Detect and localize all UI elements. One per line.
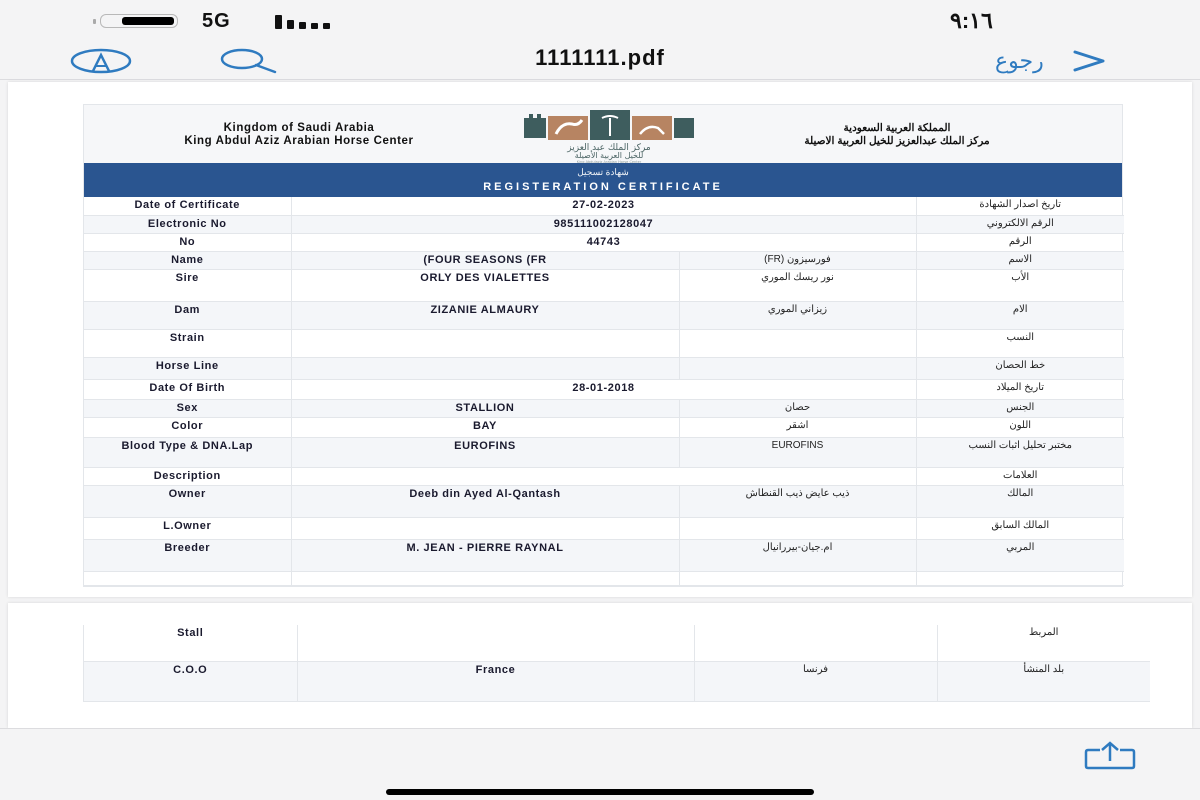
table-row: Blood Type & DNA.LapEUROFINSEUROFINSمختب… (84, 437, 1124, 467)
field-value: 985111002128047 (291, 215, 916, 233)
certificate-page2: StallالمربطC.O.OFranceفرنسابلد المنشأ (83, 625, 1149, 702)
field-label-arabic: الرقم الالكتروني (916, 215, 1124, 233)
certificate-table-2: StallالمربطC.O.OFranceفرنسابلد المنشأ (84, 625, 1150, 702)
field-label (84, 571, 291, 585)
field-label-arabic: تاريخ الميلاد (916, 379, 1124, 399)
field-value-arabic: نور ريسك الموري (679, 269, 916, 301)
field-value-arabic: ذيب عايض ذيب القنطاش (679, 485, 916, 517)
field-value: ORLY DES VIALETTES (291, 269, 679, 301)
table-row: No44743الرقم (84, 233, 1124, 251)
certificate-table: Date of Certificate27-02-2023تاريخ اصدار… (84, 197, 1124, 586)
pdf-page-1: Kingdom of Saudi Arabia King Abdul Aziz … (8, 82, 1192, 597)
header-ar-line2: مركز الملك عبدالعزيز للخيل العربية الاصي… (747, 135, 1047, 148)
field-label: Date of Certificate (84, 197, 291, 215)
field-value: France (297, 661, 694, 701)
field-value (291, 329, 679, 357)
field-value: STALLION (291, 399, 679, 417)
pdf-page-2: StallالمربطC.O.OFranceفرنسابلد المنشأ (8, 603, 1192, 728)
field-value-arabic (679, 517, 916, 539)
registration-certificate: Kingdom of Saudi Arabia King Abdul Aziz … (83, 104, 1123, 587)
field-label-arabic: الجنس (916, 399, 1124, 417)
bottom-toolbar (0, 728, 1200, 800)
field-label-arabic: تاريخ اصدار الشهادة (916, 197, 1124, 215)
field-value-arabic (679, 329, 916, 357)
field-value: M. JEAN - PIERRE RAYNAL (291, 539, 679, 571)
back-button[interactable]: رجوع (995, 46, 1106, 76)
field-value (291, 517, 679, 539)
field-label-arabic: المربي (916, 539, 1124, 571)
field-value: Deeb din Ayed Al-Qantash (291, 485, 679, 517)
svg-text:للخيل العربية الأصيلة: للخيل العربية الأصيلة (575, 150, 644, 160)
banner-title-arabic: شهادة تسجيل (84, 163, 1122, 178)
field-label-arabic (916, 571, 1124, 585)
table-row: Strainالنسب (84, 329, 1124, 357)
chevron-right-icon (1072, 49, 1106, 73)
field-value-arabic (679, 357, 916, 379)
field-value (291, 357, 679, 379)
field-value: EUROFINS (291, 437, 679, 467)
field-value-arabic: ام.جيان-بيررانيال (679, 539, 916, 571)
field-label: Breeder (84, 539, 291, 571)
navigation-bar: 1111111.pdf رجوع (0, 42, 1200, 80)
table-row: Date Of Birth28-01-2018تاريخ الميلاد (84, 379, 1124, 399)
field-value: (FOUR SEASONS (FR (291, 251, 679, 269)
table-row: SexSTALLIONحصانالجنس (84, 399, 1124, 417)
table-row: Descriptionالعلامات (84, 467, 1124, 485)
table-row: BreederM. JEAN - PIERRE RAYNALام.جيان-بي… (84, 539, 1124, 571)
field-label: Date Of Birth (84, 379, 291, 399)
banner-title-english: REGISTERATION CERTIFICATE (84, 181, 1122, 193)
certificate-header: Kingdom of Saudi Arabia King Abdul Aziz … (84, 105, 1122, 163)
header-en-line1: Kingdom of Saudi Arabia (84, 122, 514, 135)
back-label: رجوع (995, 48, 1044, 74)
certificate-banner: شهادة تسجيل REGISTERATION CERTIFICATE (84, 163, 1122, 197)
field-label-arabic: خط الحصان (916, 357, 1124, 379)
table-row: Horse Lineخط الحصان (84, 357, 1124, 379)
field-label-arabic: اللون (916, 417, 1124, 437)
battery-icon (100, 14, 178, 28)
clock: ٩:١٦ (950, 8, 993, 34)
field-label-arabic: المربط (937, 625, 1150, 661)
field-value (297, 625, 694, 661)
field-label: Description (84, 467, 291, 485)
field-label: Electronic No (84, 215, 291, 233)
field-value (291, 571, 679, 585)
field-label-arabic: العلامات (916, 467, 1124, 485)
field-label: Strain (84, 329, 291, 357)
table-row: OwnerDeeb din Ayed Al-Qantashذيب عايض ذي… (84, 485, 1124, 517)
header-ar-line1: المملكة العربية السعودية (747, 122, 1047, 135)
table-row: SireORLY DES VIALETTESنور ريسك الموريالأ… (84, 269, 1124, 301)
field-label-arabic: الرقم (916, 233, 1124, 251)
table-row: ColorBAYاشقراللون (84, 417, 1124, 437)
field-label-arabic: المالك السابق (916, 517, 1124, 539)
field-value: 27-02-2023 (291, 197, 916, 215)
header-en-line2: King Abdul Aziz Arabian Horse Center (84, 135, 514, 148)
status-bar: 5G ٩:١٦ (0, 0, 1200, 42)
network-type: 5G (202, 10, 231, 33)
pdf-viewer-screen: 5G ٩:١٦ 1111111.pdf رجوع (0, 0, 1200, 800)
table-row: L.Ownerالمالك السابق (84, 517, 1124, 539)
table-row: C.O.OFranceفرنسابلد المنشأ (84, 661, 1150, 701)
field-label: Color (84, 417, 291, 437)
field-value-arabic: اشقر (679, 417, 916, 437)
field-label-arabic: مختبر تحليل اثبات النسب (916, 437, 1124, 467)
field-label: Sire (84, 269, 291, 301)
table-row: DamZIZANIE ALMAURYزيزاني الموريالام (84, 301, 1124, 329)
table-row: Name(FOUR SEASONS (FRفورسيزون (FR)الاسم (84, 251, 1124, 269)
field-value: ZIZANIE ALMAURY (291, 301, 679, 329)
header-arabic: المملكة العربية السعودية مركز الملك عبدا… (747, 122, 1047, 148)
field-label-arabic: الاسم (916, 251, 1124, 269)
field-label: Owner (84, 485, 291, 517)
field-label-arabic: الأب (916, 269, 1124, 301)
field-label: C.O.O (84, 661, 297, 701)
header-english: Kingdom of Saudi Arabia King Abdul Aziz … (84, 122, 514, 148)
field-value-arabic (679, 571, 916, 585)
battery-tip (93, 19, 96, 24)
field-value: 44743 (291, 233, 916, 251)
field-label: Sex (84, 399, 291, 417)
field-value (291, 467, 916, 485)
field-value-arabic: فرنسا (694, 661, 937, 701)
field-value: 28-01-2018 (291, 379, 916, 399)
field-label: Dam (84, 301, 291, 329)
field-value-arabic: زيزاني الموري (679, 301, 916, 329)
field-label-arabic: بلد المنشأ (937, 661, 1150, 701)
home-indicator[interactable] (386, 789, 814, 795)
field-label: L.Owner (84, 517, 291, 539)
field-label: No (84, 233, 291, 251)
table-row: Stallالمربط (84, 625, 1150, 661)
field-label: Name (84, 251, 291, 269)
field-label-arabic: الام (916, 301, 1124, 329)
field-label-arabic: المالك (916, 485, 1124, 517)
field-value-arabic: فورسيزون (FR) (679, 251, 916, 269)
table-row: Electronic No985111002128047الرقم الالكت… (84, 215, 1124, 233)
field-value-arabic (694, 625, 937, 661)
field-label: Stall (84, 625, 297, 661)
field-value: BAY (291, 417, 679, 437)
field-label: Horse Line (84, 357, 291, 379)
field-label: Blood Type & DNA.Lap (84, 437, 291, 467)
field-value-arabic: EUROFINS (679, 437, 916, 467)
field-label-arabic: النسب (916, 329, 1124, 357)
horse-center-logo: مركز الملك عبد العزيز للخيل العربية الأص… (524, 108, 694, 163)
field-value-arabic: حصان (679, 399, 916, 417)
table-row (84, 571, 1124, 585)
share-icon[interactable] (1082, 741, 1138, 771)
table-row: Date of Certificate27-02-2023تاريخ اصدار… (84, 197, 1124, 215)
